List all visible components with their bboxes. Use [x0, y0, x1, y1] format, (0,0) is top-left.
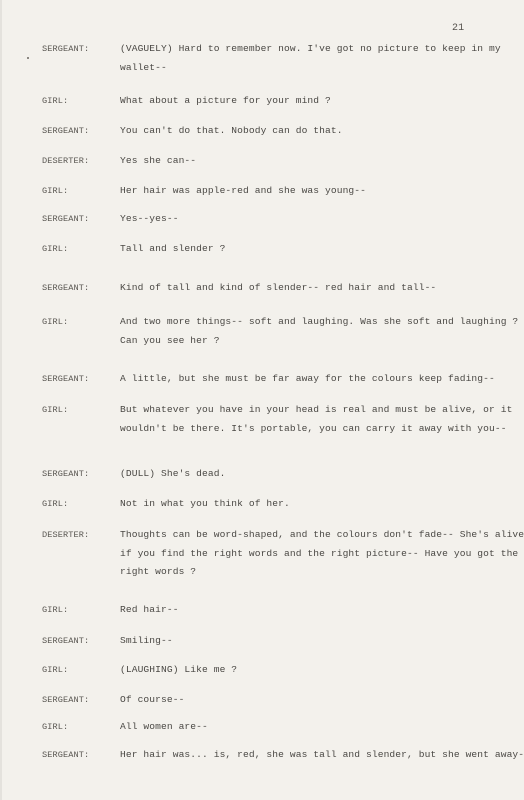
- speaker-name: GIRL:: [42, 665, 68, 675]
- speech-line: A little, but she must be far away for t…: [120, 370, 490, 389]
- speech-text: Red hair--: [120, 601, 490, 620]
- speaker-name: SERGEANT:: [42, 283, 89, 293]
- speech-text: But whatever you have in your head is re…: [120, 401, 490, 438]
- speech-text: Yes--yes--: [120, 210, 490, 229]
- speech-text: What about a picture for your mind ?: [120, 92, 490, 111]
- speech-text: All women are--: [120, 718, 490, 737]
- speech-line: All women are--: [120, 718, 490, 737]
- speech-line: (DULL) She's dead.: [120, 465, 490, 484]
- speech-line: Tall and slender ?: [120, 240, 490, 259]
- speech-line: Yes--yes--: [120, 210, 490, 229]
- speaker-name: SERGEANT:: [42, 750, 89, 760]
- speech-line: (VAGUELY) Hard to remember now. I've got…: [120, 40, 490, 59]
- speaker-name: GIRL:: [42, 186, 68, 196]
- speech-line: (LAUGHING) Like me ?: [120, 661, 490, 680]
- speech-line: Kind of tall and kind of slender-- red h…: [120, 279, 490, 298]
- speech-text: Tall and slender ?: [120, 240, 490, 259]
- speaker-name: SERGEANT:: [42, 469, 89, 479]
- speech-line: wouldn't be there. It's portable, you ca…: [120, 420, 490, 439]
- speech-text: Yes she can--: [120, 152, 490, 171]
- speech-text: (VAGUELY) Hard to remember now. I've got…: [120, 40, 490, 77]
- speech-line: wallet--: [120, 59, 490, 78]
- speaker-name: GIRL:: [42, 244, 68, 254]
- speech-text: (LAUGHING) Like me ?: [120, 661, 490, 680]
- speech-line: if you find the right words and the righ…: [120, 545, 490, 564]
- speech-line: right words ?: [120, 563, 490, 582]
- speech-line: Red hair--: [120, 601, 490, 620]
- speaker-name: GIRL:: [42, 405, 68, 415]
- speaker-name: SERGEANT:: [42, 695, 89, 705]
- speaker-name: SERGEANT:: [42, 214, 89, 224]
- speech-line: You can't do that. Nobody can do that.: [120, 122, 490, 141]
- speech-line: Yes she can--: [120, 152, 490, 171]
- speech-line: Smiling--: [120, 632, 490, 651]
- speaker-name: SERGEANT:: [42, 44, 89, 54]
- speaker-name: DESERTER:: [42, 156, 89, 166]
- speech-line: What about a picture for your mind ?: [120, 92, 490, 111]
- speaker-name: SERGEANT:: [42, 126, 89, 136]
- script-page: 21 SERGEANT:(VAGUELY) Hard to remember n…: [0, 0, 524, 800]
- speech-text: Thoughts can be word-shaped, and the col…: [120, 526, 490, 582]
- speech-text: Her hair was... is, red, she was tall an…: [120, 746, 490, 765]
- speaker-name: SERGEANT:: [42, 636, 89, 646]
- page-number: 21: [452, 23, 464, 34]
- speech-text: And two more things-- soft and laughing.…: [120, 313, 490, 350]
- speech-line: But whatever you have in your head is re…: [120, 401, 490, 420]
- speaker-name: GIRL:: [42, 722, 68, 732]
- speech-text: Of course--: [120, 691, 490, 710]
- speaker-name: GIRL:: [42, 605, 68, 615]
- speech-text: (DULL) She's dead.: [120, 465, 490, 484]
- speech-text: Kind of tall and kind of slender-- red h…: [120, 279, 490, 298]
- speech-line: Of course--: [120, 691, 490, 710]
- speaker-name: GIRL:: [42, 499, 68, 509]
- paper-speck: [27, 57, 29, 59]
- speech-text: Smiling--: [120, 632, 490, 651]
- speaker-name: DESERTER:: [42, 530, 89, 540]
- speech-text: Not in what you think of her.: [120, 495, 490, 514]
- speech-line: Her hair was... is, red, she was tall an…: [120, 746, 490, 765]
- speaker-name: GIRL:: [42, 317, 68, 327]
- speaker-name: GIRL:: [42, 96, 68, 106]
- speech-text: A little, but she must be far away for t…: [120, 370, 490, 389]
- speech-line: Can you see her ?: [120, 332, 490, 351]
- speech-line: Thoughts can be word-shaped, and the col…: [120, 526, 490, 545]
- speech-line: Not in what you think of her.: [120, 495, 490, 514]
- speech-text: You can't do that. Nobody can do that.: [120, 122, 490, 141]
- speaker-name: SERGEANT:: [42, 374, 89, 384]
- speech-line: And two more things-- soft and laughing.…: [120, 313, 490, 332]
- speech-line: Her hair was apple-red and she was young…: [120, 182, 490, 201]
- speech-text: Her hair was apple-red and she was young…: [120, 182, 490, 201]
